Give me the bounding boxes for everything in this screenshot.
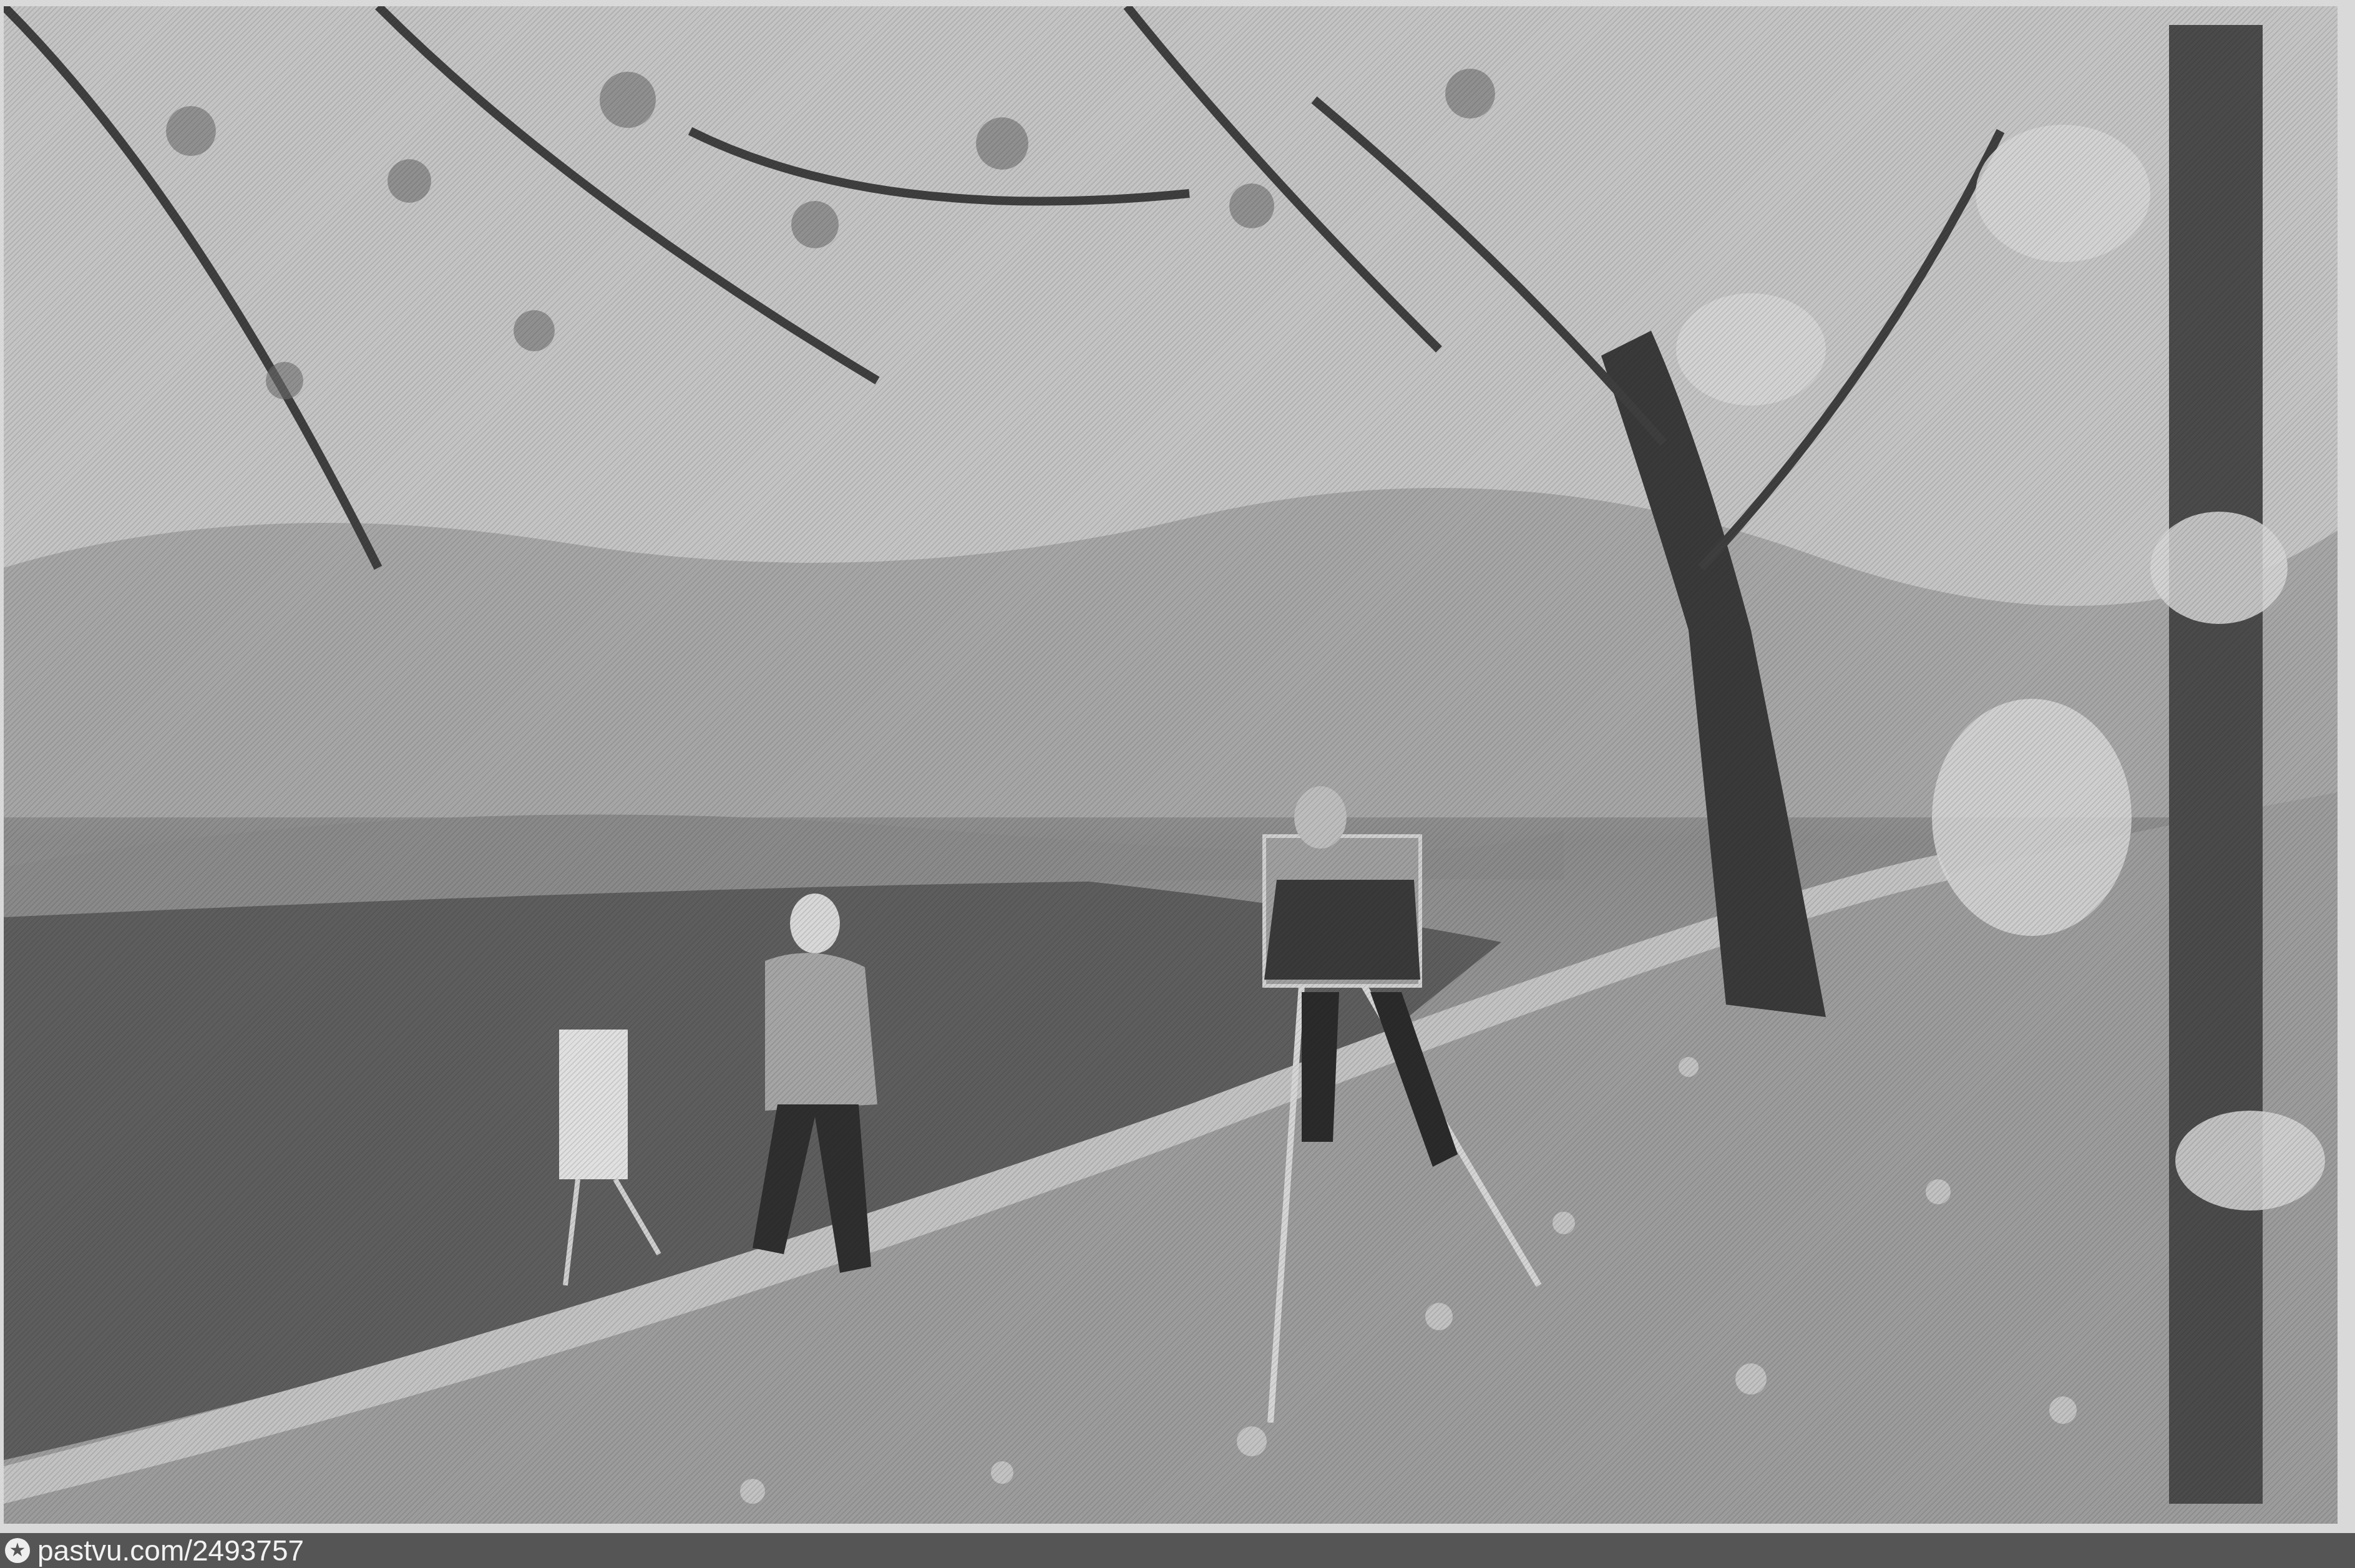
pastvu-star-icon: ★	[5, 1538, 30, 1563]
paper-background	[0, 0, 2355, 1533]
watermark-bar: ★ pastvu.com/2493757	[0, 1533, 2355, 1568]
watermark-text[interactable]: pastvu.com/2493757	[37, 1534, 304, 1567]
photo-scene	[4, 6, 2338, 1524]
photograph	[4, 6, 2338, 1524]
